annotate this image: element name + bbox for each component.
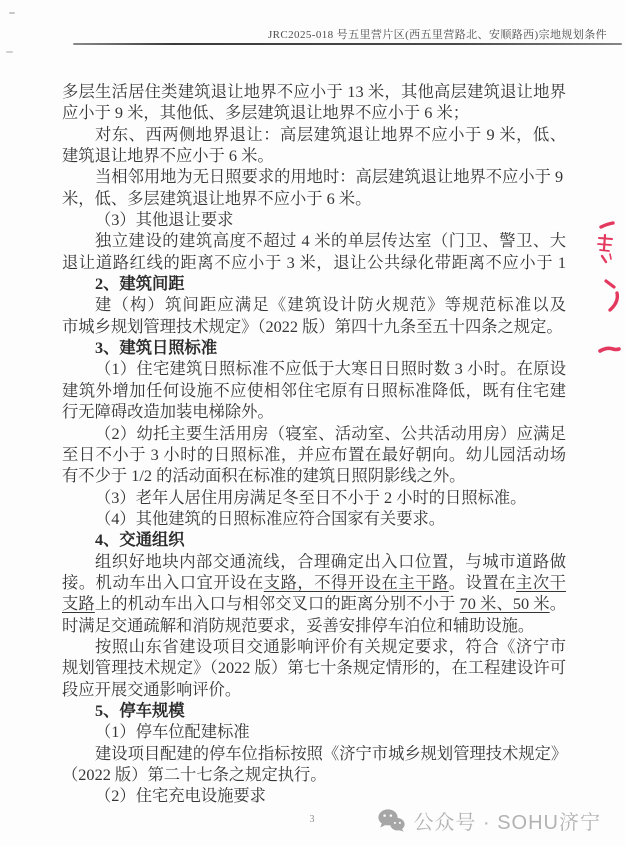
text-segment: 应小于 9 米，其他低、多层建筑退让地界不应小于 6 米； (62, 103, 469, 122)
text-line: （1）停车位配建标准 (62, 721, 566, 742)
text-line: 接。机动车出入口宜开设在支路，不得开设在主干路。设置在主次干路、 (62, 572, 566, 593)
watermark: 公众号 · SOHU济宁 (378, 806, 601, 834)
text-line: 应小于 9 米，其他低、多层建筑退让地界不应小于 6 米； (62, 102, 566, 123)
header-title: JRC2025-018 号五里营片区(西五里营路北、安顺路西)宗地规划条件 (268, 26, 607, 42)
text-segment: （2）幼托主要生活用房（寝室、活动室、公共活动用房）应满足冬 (62, 424, 566, 444)
text-line: 对东、西两侧地界退让：高层建筑退让地界不应小于 9 米，低、多层 (62, 124, 566, 145)
text-line: 多层生活居住类建筑退让地界不应小于 13 米，其他高层建筑退让地界不 (62, 81, 566, 102)
text-segment: 建筑外增加任何设施不应使相邻住宅原有日照标准降低，既有住宅建筑进 (62, 381, 566, 401)
text-segment: （3）老年人居住用房满足冬至日不小于 2 小时的日照标准。 (95, 488, 526, 507)
text-line: 时满足交通疏解和消防规范要求，妥善安排停车泊位和辅助设施。 (62, 615, 566, 636)
document-body: 多层生活居住类建筑退让地界不应小于 13 米，其他高层建筑退让地界不应小于 9 … (62, 81, 566, 807)
text-line: （3）其他退让要求 (62, 209, 566, 230)
text-line: （4）其他建筑的日照标准应符合国家有关要求。 (62, 508, 566, 529)
text-line: 按照山东省建设项目交通影响评价有关规定要求，符合《济宁市城乡 (62, 636, 566, 657)
text-segment: 70 米、50 米 (460, 594, 550, 613)
text-segment: 对东、西两侧地界退让：高层建筑退让地界不应小于 9 米，低、多层 (62, 125, 566, 145)
text-segment: （2022 版）第二十七条之规定执行。 (62, 765, 327, 784)
text-segment: 组织好地块内部交通流线，合理确定出入口位置，与城市道路做好衔 (62, 552, 566, 572)
text-line: 米，低、多层建筑退让地界不应小于 6 米。 (62, 188, 566, 209)
text-segment: 米，低、多层建筑退让地界不应小于 6 米。 (62, 189, 371, 208)
text-segment: 时满足交通疏解和消防规范要求，妥善安排停车泊位和辅助设施。 (62, 616, 534, 635)
text-segment: 5、停车规模 (95, 701, 185, 720)
text-line: 建（构）筑间距应满足《建筑设计防火规范》等规范标准以及《济宁 (62, 294, 566, 315)
text-line: 规划管理技术规定》（2022 版）第七十条规定情形的，在工程建设许可阶 (62, 657, 566, 678)
text-segment: 2、建筑间距 (95, 274, 185, 293)
text-line: 建筑外增加任何设施不应使相邻住宅原有日照标准降低，既有住宅建筑进 (62, 380, 566, 401)
stamp-fragment (588, 218, 625, 363)
text-line: 至日不小于 3 小时的日照标准，并应布置在最好朝向。幼儿园活动场地应 (62, 444, 566, 465)
text-segment: （1）住宅建筑日照标准不应低于大寒日日照时数 3 小时。在原设计 (62, 359, 566, 379)
text-segment: 有不少于 1/2 的活动面积在标准的建筑日照阴影线之外。 (62, 466, 465, 485)
text-line: 支路上的机动车出入口与相邻交叉口的距离分别不小于 70 米、50 米。同 (62, 593, 566, 614)
text-segment: 建（构）筑间距应满足《建筑设计防火规范》等规范标准以及《济宁 (62, 295, 566, 315)
text-line: 段应开展交通影响评价。 (62, 679, 566, 700)
text-segment: 支路，不得开设在主干路 (264, 573, 449, 592)
text-segment: 段应开展交通影响评价。 (62, 680, 241, 699)
text-segment: 规划管理技术规定》（2022 版）第七十条规定情形的，在工程建设许可阶 (62, 658, 566, 678)
text-line: （2）幼托主要生活用房（寝室、活动室、公共活动用房）应满足冬 (62, 423, 566, 444)
text-line: 建设项目配建的停车位指标按照《济宁市城乡规划管理技术规定》 (62, 743, 566, 764)
text-segment: （2）住宅充电设施要求 (95, 786, 266, 805)
text-segment: 建筑退让地界不应小于 6 米。 (62, 146, 274, 165)
text-line: （2）住宅充电设施要求 (62, 785, 566, 806)
text-segment: 。设置在 (449, 573, 516, 592)
text-line: 组织好地块内部交通流线，合理确定出入口位置，与城市道路做好衔 (62, 551, 566, 572)
text-line: 5、停车规模 (62, 700, 566, 721)
header-rule (73, 43, 622, 45)
text-segment: 3、建筑日照标准 (95, 338, 217, 357)
scan-speck (9, 12, 15, 14)
text-line: （3）老年人居住用房满足冬至日不小于 2 小时的日照标准。 (62, 487, 566, 508)
text-segment: 建设项目配建的停车位指标按照《济宁市城乡规划管理技术规定》 (95, 744, 566, 763)
wechat-icon (378, 809, 405, 832)
text-line: 3、建筑日照标准 (62, 337, 566, 358)
text-line: 独立建设的建筑高度不超过 4 米的单层传达室（门卫、警卫、大门） (62, 230, 566, 251)
text-segment: 上的机动车出入口与相邻交叉口的距离分别不小于 (95, 594, 460, 613)
text-segment: 接。机动车出入口宜开设在 (62, 573, 264, 592)
text-line: 当相邻用地为无日照要求的用地时：高层建筑退让地界不应小于 9 (62, 166, 566, 187)
text-line: 有不少于 1/2 的活动面积在标准的建筑日照阴影线之外。 (62, 465, 566, 486)
text-line: 退让道路红线的距离不应小于 3 米，退让公共绿化带距离不应小于 1 米。 (62, 252, 566, 273)
text-segment: （1）停车位配建标准 (95, 722, 250, 741)
text-line: 行无障碍改造加装电梯除外。 (62, 401, 566, 422)
text-line: 2、建筑间距 (62, 273, 566, 294)
text-segment: 多层生活居住类建筑退让地界不应小于 13 米，其他高层建筑退让地界不 (62, 82, 566, 102)
text-line: 市城乡规划管理技术规定》（2022 版）第四十九条至五十四条之规定。 (62, 316, 566, 337)
text-segment: 4、交通组织 (95, 530, 185, 549)
scan-speck (6, 51, 13, 53)
text-line: （1）住宅建筑日照标准不应低于大寒日日照时数 3 小时。在原设计 (62, 358, 566, 379)
text-segment: 按照山东省建设项目交通影响评价有关规定要求，符合《济宁市城乡 (62, 637, 566, 657)
text-segment: 当相邻用地为无日照要求的用地时：高层建筑退让地界不应小于 9 (95, 167, 563, 186)
text-segment: 退让道路红线的距离不应小于 3 米，退让公共绿化带距离不应小于 1 米。 (62, 253, 566, 273)
text-segment: 行无障碍改造加装电梯除外。 (62, 402, 274, 421)
text-segment: （3）其他退让要求 (95, 210, 233, 229)
text-segment: 独立建设的建筑高度不超过 4 米的单层传达室（门卫、警卫、大门） (62, 231, 566, 251)
text-line: （2022 版）第二十七条之规定执行。 (62, 764, 566, 785)
text-segment: 支路 (62, 594, 95, 613)
document-page: JRC2025-018 号五里营片区(西五里营路北、安顺路西)宗地规划条件 多层… (0, 0, 625, 846)
text-segment: （4）其他建筑的日照标准应符合国家有关要求。 (95, 509, 445, 528)
text-segment: 至日不小于 3 小时的日照标准，并应布置在最好朝向。幼儿园活动场地应 (62, 445, 566, 465)
text-line: 建筑退让地界不应小于 6 米。 (62, 145, 566, 166)
text-line: 4、交通组织 (62, 529, 566, 550)
text-segment: 市城乡规划管理技术规定》（2022 版）第四十九条至五十四条之规定。 (62, 317, 563, 336)
watermark-text: 公众号 · SOHU济宁 (413, 806, 601, 835)
